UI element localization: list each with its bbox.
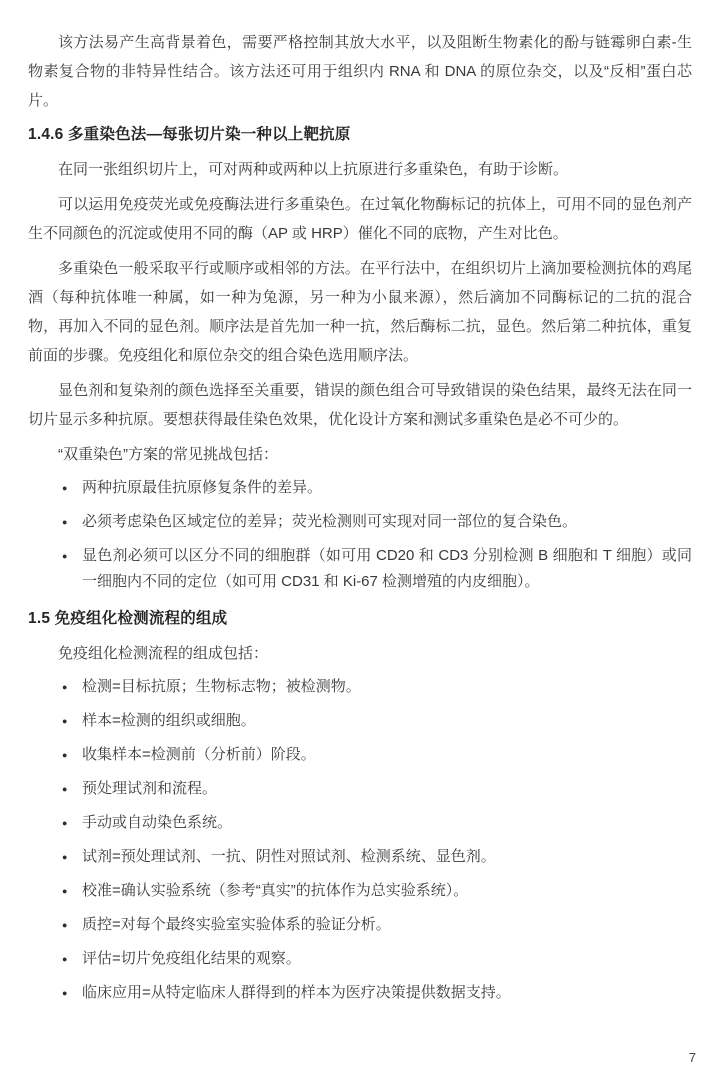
list-item-text: 必须考虑染色区域定位的差异；荧光检测则可实现对同一部位的复合染色。 [82, 513, 577, 530]
list-item: ● 试剂=预处理试剂、一抗、阴性对照试剂、检测系统、显色剂。 [60, 844, 692, 870]
bullet-icon: ● [62, 844, 67, 870]
list-item: ● 手动或自动染色系统。 [60, 810, 692, 836]
bullet-icon: ● [62, 912, 67, 938]
list-item: ● 样本=检测的组织或细胞。 [60, 708, 692, 734]
components-list: ● 检测=目标抗原；生物标志物；被检测物。 ● 样本=检测的组织或细胞。 ● 收… [28, 674, 692, 1006]
paragraph: 可以运用免疫荧光或免疫酶法进行多重染色。在过氧化物酶标记的抗体上，可用不同的显色… [28, 190, 692, 248]
bullet-icon: ● [62, 543, 67, 569]
list-item: ● 两种抗原最佳抗原修复条件的差异。 [60, 475, 692, 501]
bullet-icon: ● [62, 946, 67, 972]
list-item-text: 临床应用=从特定临床人群得到的样本为医疗决策提供数据支持。 [82, 984, 511, 1001]
page-number: 7 [689, 1050, 696, 1065]
list-item: ● 评估=切片免疫组化结果的观察。 [60, 946, 692, 972]
paragraph: 免疫组化检测流程的组成包括： [28, 639, 692, 668]
bullet-icon: ● [62, 776, 67, 802]
section-heading-1-5: 1.5 免疫组化检测流程的组成 [28, 609, 692, 629]
list-item: ● 临床应用=从特定临床人群得到的样本为医疗决策提供数据支持。 [60, 980, 692, 1006]
intro-paragraph: 该方法易产生高背景着色，需要严格控制其放大水平，以及阻断生物素化的酚与链霉卵白素… [28, 28, 692, 115]
list-item-text: 两种抗原最佳抗原修复条件的差异。 [82, 479, 322, 496]
list-item-text: 收集样本=检测前（分析前）阶段。 [82, 746, 316, 763]
list-item-text: 手动或自动染色系统。 [82, 814, 232, 831]
bullet-icon: ● [62, 810, 67, 836]
bullet-icon: ● [62, 674, 67, 700]
paragraph: 在同一张组织切片上，可对两种或两种以上抗原进行多重染色，有助于诊断。 [28, 155, 692, 184]
paragraph: 显色剂和复染剂的颜色选择至关重要，错误的颜色组合可导致错误的染色结果，最终无法在… [28, 376, 692, 434]
section-heading-1-4-6: 1.4.6 多重染色法—每张切片染一种以上靶抗原 [28, 125, 692, 145]
list-item: ● 收集样本=检测前（分析前）阶段。 [60, 742, 692, 768]
list-item-text: 试剂=预处理试剂、一抗、阴性对照试剂、检测系统、显色剂。 [82, 848, 496, 865]
bullet-icon: ● [62, 509, 67, 535]
list-item-text: 质控=对每个最终实验室实验体系的验证分析。 [82, 916, 391, 933]
list-item-text: 评估=切片免疫组化结果的观察。 [82, 950, 301, 967]
list-item: ● 质控=对每个最终实验室实验体系的验证分析。 [60, 912, 692, 938]
bullet-icon: ● [62, 980, 67, 1006]
list-item-text: 样本=检测的组织或细胞。 [82, 712, 256, 729]
list-item: ● 显色剂必须可以区分不同的细胞群（如可用 CD20 和 CD3 分别检测 B … [60, 543, 692, 595]
list-item-text: 显色剂必须可以区分不同的细胞群（如可用 CD20 和 CD3 分别检测 B 细胞… [82, 547, 692, 590]
challenges-list: ● 两种抗原最佳抗原修复条件的差异。 ● 必须考虑染色区域定位的差异；荧光检测则… [28, 475, 692, 595]
bullet-icon: ● [62, 708, 67, 734]
list-item: ● 预处理试剂和流程。 [60, 776, 692, 802]
list-item-text: 检测=目标抗原；生物标志物；被检测物。 [82, 678, 361, 695]
bullet-icon: ● [62, 878, 67, 904]
bullet-icon: ● [62, 742, 67, 768]
paragraph: 多重染色一般采取平行或顺序或相邻的方法。在平行法中，在组织切片上滴加要检测抗体的… [28, 254, 692, 370]
list-item-text: 校准=确认实验系统（参考“真实”的抗体作为总实验系统）。 [82, 882, 468, 899]
list-item-text: 预处理试剂和流程。 [82, 780, 217, 797]
paragraph: “双重染色”方案的常见挑战包括： [28, 440, 692, 469]
list-item: ● 校准=确认实验系统（参考“真实”的抗体作为总实验系统）。 [60, 878, 692, 904]
bullet-icon: ● [62, 475, 67, 501]
list-item: ● 检测=目标抗原；生物标志物；被检测物。 [60, 674, 692, 700]
list-item: ● 必须考虑染色区域定位的差异；荧光检测则可实现对同一部位的复合染色。 [60, 509, 692, 535]
document-page: 该方法易产生高背景着色，需要严格控制其放大水平，以及阻断生物素化的酚与链霉卵白素… [0, 0, 720, 1083]
